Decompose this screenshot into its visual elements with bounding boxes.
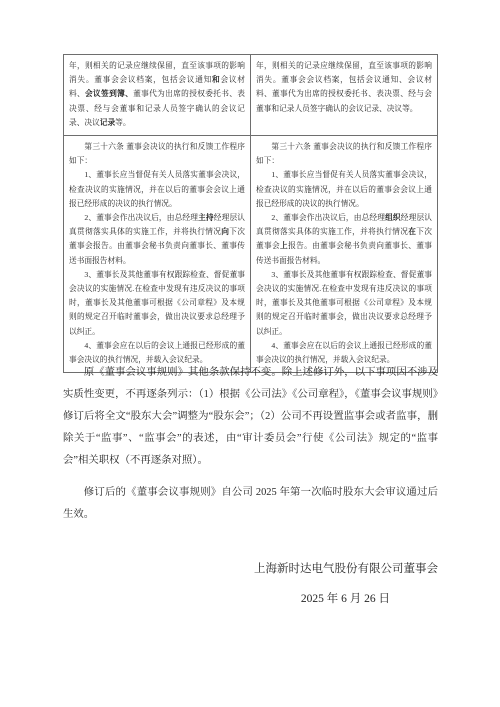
cell-paragraph: 第三十六条 董事会决议的执行和反馈工作程序如下： xyxy=(256,140,432,168)
cell-text: 2、董事会作出决议后，由总经理 xyxy=(84,213,198,222)
cell-paragraph: 1、董事长应当督促有关人员落实董事会决议，检查决议的实施情况，并在以后的董事会会… xyxy=(256,168,432,211)
revised-text: 会议签到簿、 xyxy=(85,89,133,98)
revised-text: 记录 xyxy=(100,118,115,127)
cell-text: 等。 xyxy=(115,118,130,127)
revised-text: 组织 xyxy=(385,213,401,222)
cell-text: 3、董事长及其他董事有权跟踪检查、督促董事会决议的实施情况.在检查中发现有违反决… xyxy=(256,270,432,336)
body-paragraph: 原《董事会议事规则》其他条款保持不变。除上述修订外，以下事项因不涉及实质性变更，… xyxy=(63,362,438,472)
cell-text: 第三十六条 董事会决议的执行和反馈工作程序如下： xyxy=(69,142,245,165)
cell-text: 4、董事会应在以后的会议上通报已经形成的董事会决议的执行情况，并载入会议纪录。 xyxy=(69,341,245,364)
table-cell-left: 第三十六条 董事会决议的执行和反馈工作程序如下：1、董事长应当督促有关人员落实董… xyxy=(64,136,251,373)
cell-text: 2、董事会作出决议后，由总经理 xyxy=(271,213,385,222)
cell-text: 1、董事长应当督促有关人员落实董事会决议，检查决议的实施情况，并在以后的董事会会… xyxy=(256,170,432,207)
signature-date: 2025 年 6 月 26 日 xyxy=(254,591,438,607)
cell-paragraph: 年，则相关的记录应继续保留，直至该事项的影响消失。董事会会议档案，包括会议通知、… xyxy=(256,59,432,116)
cell-paragraph: 年，则相关的记录应继续保留，直至该事项的影响消失。董事会会议档案，包括会议通知和… xyxy=(69,59,245,130)
comparison-table: 年，则相关的记录应继续保留，直至该事项的影响消失。董事会会议档案，包括会议通知和… xyxy=(63,54,438,373)
revised-text: 上 xyxy=(280,241,288,250)
table-cell-left: 年，则相关的记录应继续保留，直至该事项的影响消失。董事会会议档案，包括会议通知和… xyxy=(64,55,251,136)
signature-block: 上海新时达电气股份有限公司董事会 2025 年 6 月 26 日 xyxy=(254,561,438,607)
table-row: 年，则相关的记录应继续保留，直至该事项的影响消失。董事会会议档案，包括会议通知和… xyxy=(64,55,438,136)
cell-paragraph: 1、董事长应当督促有关人员落实董事会决议，检查决议的实施情况，并在以后的董事会会… xyxy=(69,168,245,211)
body-paragraph: 修订后的《董事会议事规则》自公司 2025 年第一次临时股东大会审议通过后生效。 xyxy=(63,482,438,526)
cell-text: 3、董事长及其他董事有权跟踪检查、督促董事会决议的实施情况.在检查中发现有违反决… xyxy=(69,270,245,336)
cell-text: 1、董事长应当督促有关人员落实董事会决议，检查决议的实施情况，并在以后的董事会会… xyxy=(69,170,245,207)
cell-paragraph: 3、董事长及其他董事有权跟踪检查、督促董事会决议的实施情况.在检查中发现有违反决… xyxy=(256,268,432,339)
body-paragraphs: 原《董事会议事规则》其他条款保持不变。除上述修订外，以下事项因不涉及实质性变更，… xyxy=(63,362,438,526)
cell-paragraph: 2、董事会作出决议后，由总经理组织经理层认真贯彻落实具体的实施工作，并将执行情况… xyxy=(256,211,432,268)
cell-paragraph: 第三十六条 董事会决议的执行和反馈工作程序如下： xyxy=(69,140,245,168)
revised-text: 主持 xyxy=(198,213,214,222)
table-row: 第三十六条 董事会决议的执行和反馈工作程序如下：1、董事长应当督促有关人员落实董… xyxy=(64,136,438,373)
cell-paragraph: 2、董事会作出决议后，由总经理主持经理层认真贯彻落实具体的实施工作，并将执行情况… xyxy=(69,211,245,268)
comparison-table-body: 年，则相关的记录应继续保留，直至该事项的影响消失。董事会会议档案，包括会议通知和… xyxy=(64,55,438,373)
cell-paragraph: 3、董事长及其他董事有权跟踪检查、督促董事会决议的实施情况.在检查中发现有违反决… xyxy=(69,268,245,339)
table-cell-right: 第三十六条 董事会决议的执行和反馈工作程序如下：1、董事长应当督促有关人员落实董… xyxy=(251,136,438,373)
table-cell-right: 年，则相关的记录应继续保留，直至该事项的影响消失。董事会会议档案，包括会议通知、… xyxy=(251,55,438,136)
document-page: 年，则相关的记录应继续保留，直至该事项的影响消失。董事会会议档案，包括会议通知和… xyxy=(0,0,500,707)
cell-text: 年，则相关的记录应继续保留，直至该事项的影响消失。董事会会议档案，包括会议通知、… xyxy=(256,61,432,113)
cell-text: 4、董事会应在以后的会议上通报已经形成的董事会决议的执行情况，并载入会议纪录。 xyxy=(256,341,432,364)
signature-company: 上海新时达电气股份有限公司董事会 xyxy=(254,561,438,577)
cell-text: 第三十六条 董事会决议的执行和反馈工作程序如下： xyxy=(256,142,432,165)
